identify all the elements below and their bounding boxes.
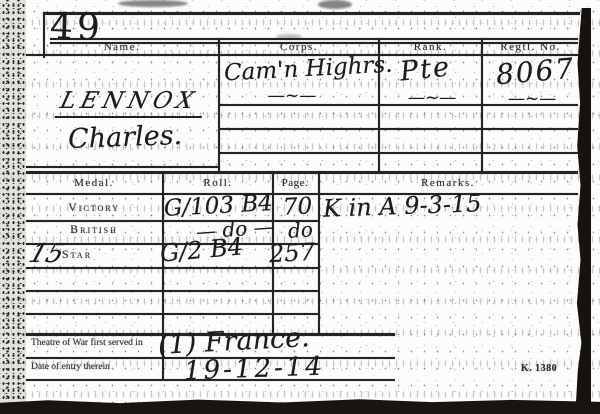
medal-row-british-label: British — [26, 222, 162, 237]
name-corps-divider — [218, 38, 220, 171]
star-15-handwritten: 15 — [26, 241, 68, 267]
scan-noise-left-band — [0, 0, 26, 414]
header-double-line-top — [50, 38, 578, 40]
star-page-handwritten: 257 — [268, 240, 315, 266]
surname-handwritten: LENNOX — [55, 90, 209, 118]
name-cell-bottom-line — [26, 166, 218, 168]
scan-shadow-bottom-band — [0, 398, 600, 414]
scan-smudge — [318, 0, 352, 9]
row-line — [220, 128, 578, 130]
form-stamp: K. 1380 — [516, 363, 562, 374]
row-line — [220, 152, 578, 154]
medal-row-victory-label: Victory — [26, 200, 162, 215]
rank-handwritten: Pte — [399, 53, 453, 85]
medal-table-header-page: Page. — [272, 177, 318, 189]
medal-table-header-roll: Roll. — [164, 177, 272, 189]
scan-shadow-right-band — [576, 8, 591, 402]
date-of-entry-label: Date of entry therein — [31, 362, 163, 372]
corps-flourish: —~— — [268, 88, 316, 105]
medal-index-card-scan: Name. Corps. Rank. Regtl. No. Medal. Rol… — [0, 0, 600, 414]
row-line — [26, 290, 318, 292]
victory-page-handwritten: 70 — [282, 195, 312, 220]
medal-table-top-border — [26, 171, 578, 174]
rank-flourish: —~— — [408, 90, 456, 107]
forename-handwritten: Charles. — [68, 122, 183, 153]
star-roll-handwritten: G/2 B4 — [159, 234, 244, 265]
regtl-no-column-header: Regtl. No. — [483, 41, 578, 53]
date-of-entry-handwritten: 19-12-14 — [184, 354, 326, 385]
theatre-of-war-label: Theatre of War first served in — [31, 338, 163, 348]
card-number-handwritten: 49 — [49, 9, 104, 47]
medal-row-star-label: Star — [62, 247, 122, 262]
rank-column-header: Rank. — [380, 41, 481, 53]
corps-handwritten: Cam'n Highrs. — [224, 54, 394, 86]
regtl-no-handwritten: 8067 — [495, 55, 576, 90]
medal-table-header-remarks: Remarks. — [320, 177, 576, 189]
row-line — [26, 313, 318, 315]
rank-regtl-divider — [481, 38, 483, 171]
remarks-handwritten: K in A 9-3-15 — [323, 191, 482, 221]
medal-table-header-medal: Medal. — [26, 177, 162, 189]
scan-smudge — [118, 0, 188, 7]
page-remarks-divider — [318, 171, 320, 333]
regtl-no-flourish: —~— — [508, 91, 556, 108]
card-top-border — [43, 12, 580, 15]
corps-column-header: Corps. — [220, 41, 378, 53]
